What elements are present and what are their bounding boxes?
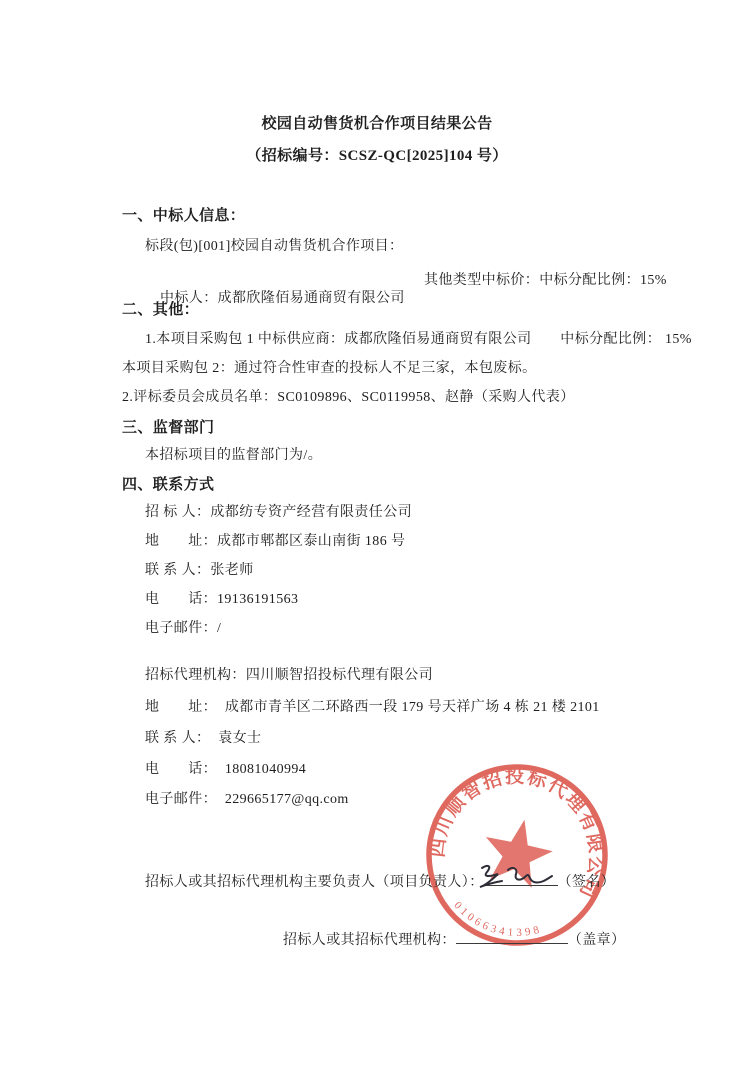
tenderer-name-label: 招 标 人： bbox=[145, 505, 210, 520]
org-stamp-line: 招标人或其招标代理机构：（盖章） bbox=[283, 929, 625, 950]
tenderer-address-label: 地 址： bbox=[145, 534, 217, 549]
tenderer-phone-label: 电 话： bbox=[145, 592, 217, 607]
section3-line1: 本招标项目的监督部门为/。 bbox=[145, 447, 322, 465]
handwritten-signature bbox=[472, 860, 558, 894]
agency-name-label: 招标代理机构： bbox=[145, 668, 246, 683]
agency-email-value: 229665177@qq.com bbox=[225, 792, 349, 807]
agency-phone-value: 18081040994 bbox=[225, 762, 306, 777]
tenderer-email-row: 电子邮件：/ bbox=[145, 620, 221, 638]
org-stamp-underline bbox=[456, 929, 568, 944]
tenderer-address-value: 成都市郫都区泰山南街 186 号 bbox=[217, 534, 405, 549]
agency-contact-value: 袁女士 bbox=[218, 731, 261, 746]
section2-line3: 2.评标委员会成员名单：SC0109896、SC0119958、赵静（采购人代表… bbox=[122, 389, 575, 407]
leader-suffix: （签名） bbox=[558, 875, 616, 890]
section1-heading: 一、中标人信息： bbox=[122, 207, 245, 226]
section2-heading: 二、其他： bbox=[122, 301, 199, 320]
agency-contact-row: 联 系 人： 袁女士 bbox=[145, 730, 261, 748]
tenderer-contact-value: 张老师 bbox=[210, 563, 253, 578]
agency-address-row: 地 址： 成都市青羊区二环路西一段 179 号天祥广场 4 栋 21 楼 210… bbox=[145, 699, 600, 717]
document-page: 校园自动售货机合作项目结果公告 （招标编号：SCSZ-QC[2025]104 号… bbox=[0, 0, 754, 1069]
tenderer-phone-row: 电 话：19136191563 bbox=[145, 591, 298, 609]
agency-name-value: 四川顺智招投标代理有限公司 bbox=[246, 668, 433, 683]
agency-email-row: 电子邮件： 229665177@qq.com bbox=[145, 791, 349, 809]
winner-price-info: 其他类型中标价：中标分配比例：15% bbox=[424, 272, 667, 290]
tenderer-name-value: 成都纺专资产经营有限责任公司 bbox=[210, 505, 412, 520]
leader-label: 招标人或其招标代理机构主要负责人（项目负责人）： bbox=[145, 875, 484, 890]
tenderer-phone-value: 19136191563 bbox=[217, 592, 298, 607]
agency-address-label: 地 址： bbox=[145, 700, 225, 715]
tender-number-subtitle: （招标编号：SCSZ-QC[2025]104 号） bbox=[0, 147, 754, 166]
tenderer-name-row: 招 标 人：成都纺专资产经营有限责任公司 bbox=[145, 504, 412, 522]
tenderer-address-row: 地 址：成都市郫都区泰山南街 186 号 bbox=[145, 533, 405, 551]
section1-package-line: 标段(包)[001]校园自动售货机合作项目： bbox=[145, 238, 403, 256]
org-label: 招标人或其招标代理机构： bbox=[283, 933, 456, 948]
tenderer-contact-row: 联 系 人：张老师 bbox=[145, 562, 254, 580]
agency-phone-label: 电 话： bbox=[145, 762, 225, 777]
section2-line2: 本项目采购包 2：通过符合性审查的投标人不足三家，本包废标。 bbox=[122, 360, 537, 378]
section2-line1: 1.本项目采购包 1 中标供应商：成都欣隆佰易通商贸有限公司 中标分配比例： 1… bbox=[145, 331, 692, 349]
tenderer-email-label: 电子邮件： bbox=[145, 621, 217, 636]
section3-heading: 三、监督部门 bbox=[122, 419, 214, 438]
tenderer-contact-label: 联 系 人： bbox=[145, 563, 210, 578]
agency-contact-label: 联 系 人： bbox=[145, 731, 218, 746]
page-title: 校园自动售货机合作项目结果公告 bbox=[0, 115, 754, 134]
agency-email-label: 电子邮件： bbox=[145, 792, 225, 807]
agency-phone-row: 电 话： 18081040994 bbox=[145, 761, 306, 779]
agency-address-value: 成都市青羊区二环路西一段 179 号天祥广场 4 栋 21 楼 2101 bbox=[225, 700, 600, 715]
tenderer-email-value: / bbox=[217, 621, 221, 636]
org-suffix: （盖章） bbox=[568, 933, 626, 948]
agency-name-row: 招标代理机构：四川顺智招投标代理有限公司 bbox=[145, 667, 433, 685]
section4-heading: 四、联系方式 bbox=[122, 476, 214, 495]
